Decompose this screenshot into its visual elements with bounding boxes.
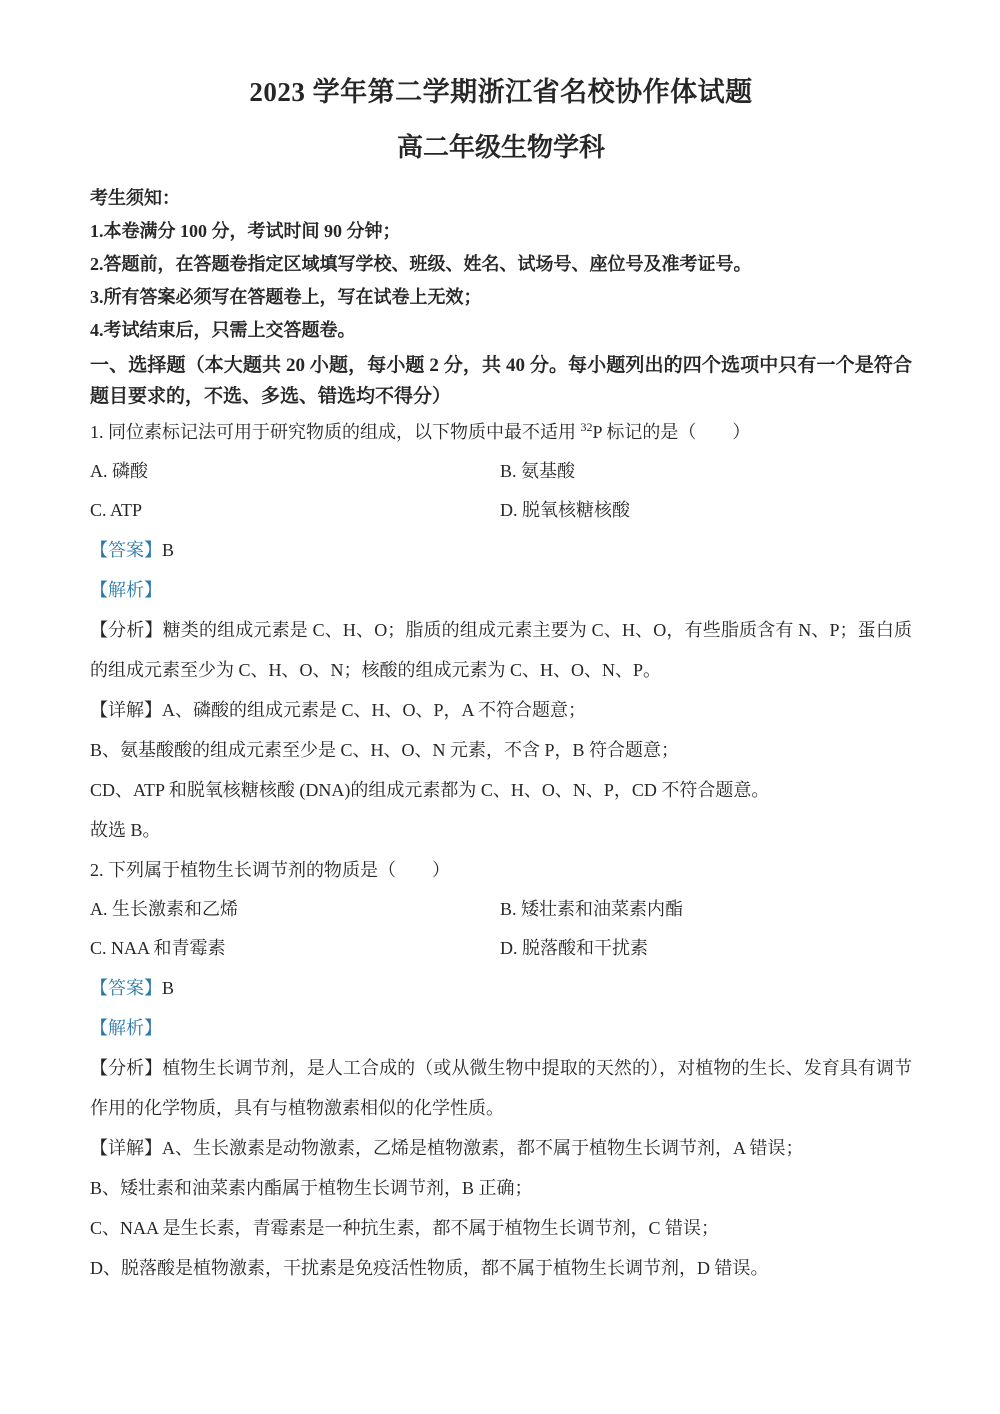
isotope-superscript: 32	[581, 420, 593, 434]
question-1-answer-value: B	[162, 540, 174, 560]
question-1-option-c: C. ATP	[90, 491, 500, 530]
question-2-option-b: B. 矮壮素和油菜素内酯	[500, 890, 912, 929]
question-2: 2. 下列属于植物生长调节剂的物质是（ ） A. 生长激素和乙烯 B. 矮壮素和…	[90, 850, 912, 1288]
section-heading: 一、选择题（本大题共 20 小题，每小题 2 分，共 40 分。每小题列出的四个…	[90, 350, 912, 412]
question-1-detail-a: 【详解】A、磷酸的组成元素是 C、H、O、P，A 不符合题意；	[90, 690, 912, 730]
question-1-stem-post: P 标记的是（ ）	[593, 422, 751, 442]
question-2-detail-b: B、矮壮素和油菜素内酯属于植物生长调节剂，B 正确；	[90, 1168, 912, 1208]
page-subtitle: 高二年级生物学科	[90, 134, 912, 163]
notice-item-3: 3.所有答案必须写在答题卷上，写在试卷上无效；	[90, 281, 912, 314]
notice-item-1: 1.本卷满分 100 分，考试时间 90 分钟；	[90, 215, 912, 248]
notice-item-4: 4.考试结束后，只需上交答题卷。	[90, 314, 912, 347]
question-1-option-a: A. 磷酸	[90, 452, 500, 491]
question-1-answer-line: 【答案】B	[90, 530, 912, 570]
question-1-conclusion: 故选 B。	[90, 810, 912, 850]
question-2-detail-c: C、NAA 是生长素，青霉素是一种抗生素，都不属于植物生长调节剂，C 错误；	[90, 1208, 912, 1248]
notice-heading: 考生须知：	[90, 182, 912, 215]
candidate-notice: 考生须知： 1.本卷满分 100 分，考试时间 90 分钟； 2.答题前，在答题…	[90, 182, 912, 347]
notice-item-2: 2.答题前，在答题卷指定区域填写学校、班级、姓名、试场号、座位号及准考证号。	[90, 248, 912, 281]
question-1-options: A. 磷酸 B. 氨基酸 C. ATP D. 脱氧核糖核酸	[90, 452, 912, 530]
question-2-analysis: 【分析】植物生长调节剂，是人工合成的（或从微生物中提取的天然的），对植物的生长、…	[90, 1048, 912, 1128]
question-2-stem: 2. 下列属于植物生长调节剂的物质是（ ）	[90, 850, 912, 890]
question-2-options: A. 生长激素和乙烯 B. 矮壮素和油菜素内酯 C. NAA 和青霉素 D. 脱…	[90, 890, 912, 968]
question-1-detail-cd: CD、ATP 和脱氧核糖核酸 (DNA)的组成元素都为 C、H、O、N、P，CD…	[90, 770, 912, 810]
exam-document-page: 2023 学年第二学期浙江省名校协作体试题 高二年级生物学科 考生须知： 1.本…	[0, 0, 1000, 1414]
question-2-option-d: D. 脱落酸和干扰素	[500, 929, 912, 968]
question-1-analysis: 【分析】糖类的组成元素是 C、H、O；脂质的组成元素主要为 C、H、O，有些脂质…	[90, 610, 912, 690]
answer-label: 【答案】	[90, 540, 162, 560]
answer-label: 【答案】	[90, 978, 162, 998]
question-1-detail-b: B、氨基酸酸的组成元素至少是 C、H、O、N 元素，不含 P，B 符合题意；	[90, 730, 912, 770]
question-2-answer-line: 【答案】B	[90, 968, 912, 1008]
question-1: 1. 同位素标记法可用于研究物质的组成，以下物质中最不适用 32P 标记的是（ …	[90, 412, 912, 850]
question-1-option-b: B. 氨基酸	[500, 452, 912, 491]
analysis-label: 【解析】	[90, 570, 912, 610]
question-2-option-a: A. 生长激素和乙烯	[90, 890, 500, 929]
question-2-stem-pre: 2. 下列属于植物生长调节剂的物质是（ ）	[90, 860, 450, 880]
question-2-answer-value: B	[162, 978, 174, 998]
question-1-stem-pre: 1. 同位素标记法可用于研究物质的组成，以下物质中最不适用	[90, 422, 581, 442]
question-1-stem: 1. 同位素标记法可用于研究物质的组成，以下物质中最不适用 32P 标记的是（ …	[90, 412, 912, 452]
analysis-label: 【解析】	[90, 1008, 912, 1048]
question-2-option-c: C. NAA 和青霉素	[90, 929, 500, 968]
page-title: 2023 学年第二学期浙江省名校协作体试题	[90, 78, 912, 108]
question-2-detail-a: 【详解】A、生长激素是动物激素，乙烯是植物激素，都不属于植物生长调节剂，A 错误…	[90, 1128, 912, 1168]
question-2-detail-d: D、脱落酸是植物激素，干扰素是免疫活性物质，都不属于植物生长调节剂，D 错误。	[90, 1248, 912, 1288]
question-1-option-d: D. 脱氧核糖核酸	[500, 491, 912, 530]
